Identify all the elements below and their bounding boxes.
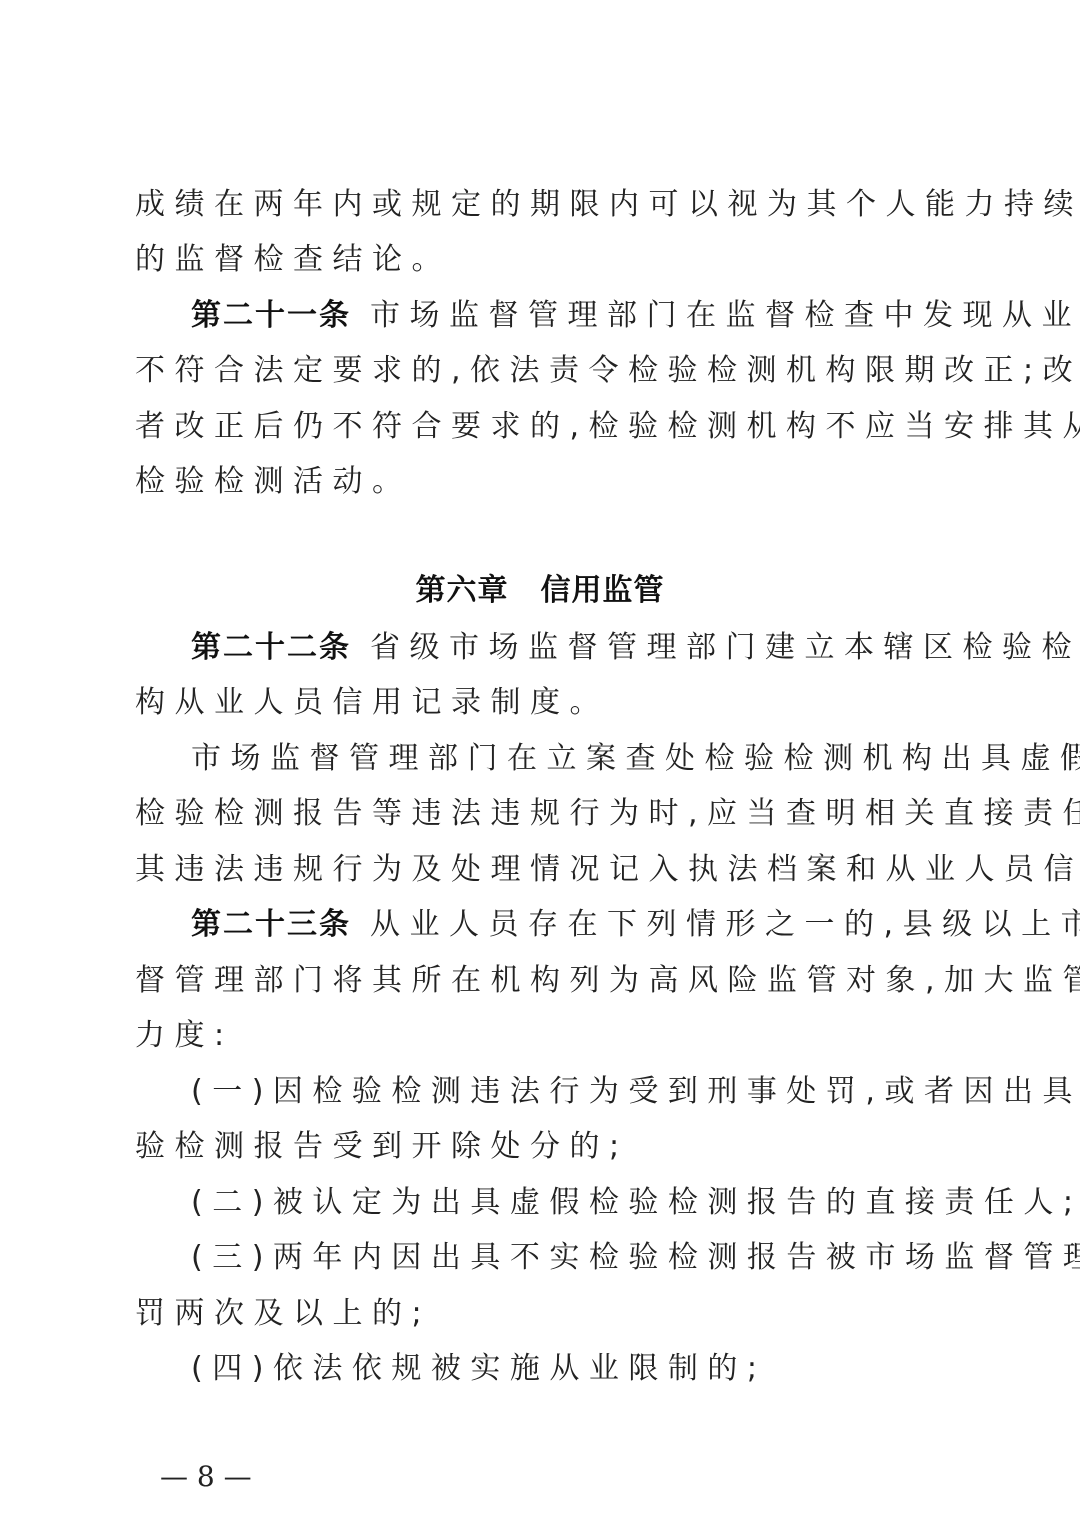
body-text-line: 督管理部门将其所在机构列为高风险监管对象,加大监管频次和: [135, 963, 945, 999]
body-text-line: 构从业人员信用记录制度。: [135, 685, 945, 721]
document-page: 成绩在两年内或规定的期限内可以视为其个人能力持续符合要求 的监督检查结论。 第二…: [0, 0, 1080, 1527]
article-21-label: 第二十一条: [191, 298, 351, 333]
chapter-heading: 第六章信用监管: [0, 573, 1080, 609]
body-text-line: 验检测报告受到开除处分的;: [135, 1129, 945, 1165]
body-text-line: 检验检测活动。: [135, 464, 945, 500]
article-21-first-line: 第二十一条 市场监督管理部门在监督检查中发现从业人员: [191, 298, 945, 334]
chapter-title: 信用监管: [541, 573, 665, 608]
body-text-line: 罚两次及以上的;: [135, 1296, 945, 1332]
body-text-line: 不符合法定要求的,依法责令检验检测机构限期改正;改正期间或: [135, 353, 945, 389]
list-item-1: (一)因检验检测违法行为受到刑事处罚,或者因出具虚假检: [191, 1074, 945, 1110]
body-text-line: 市场监督管理部门在立案查处检验检测机构出具虚假、不实: [191, 741, 945, 777]
body-text-line: 的监督检查结论。: [135, 242, 945, 278]
article-23-label: 第二十三条: [191, 907, 351, 942]
body-text-line: 检验检测报告等违法违规行为时,应当查明相关直接责任人员,将: [135, 796, 945, 832]
article-22-first-line: 第二十二条 省级市场监督管理部门建立本辖区检验检测机: [191, 630, 945, 666]
chapter-number: 第六章: [416, 573, 509, 608]
page-number: — 8 —: [160, 1461, 252, 1493]
article-22-text: 省级市场监督管理部门建立本辖区检验检测机: [370, 630, 1080, 665]
body-text-line: 成绩在两年内或规定的期限内可以视为其个人能力持续符合要求: [135, 187, 945, 223]
article-23-text: 从业人员存在下列情形之一的,县级以上市场监: [370, 907, 1080, 942]
list-item-4: (四)依法依规被实施从业限制的;: [191, 1351, 945, 1387]
body-text-line: 者改正后仍不符合要求的,检验检测机构不应当安排其从事相关: [135, 409, 945, 445]
article-21-text: 市场监督管理部门在监督检查中发现从业人员: [370, 298, 1080, 333]
list-item-3: (三)两年内因出具不实检验检测报告被市场监督管理部门处: [191, 1240, 945, 1276]
article-22-label: 第二十二条: [191, 630, 351, 665]
body-text-line: 其违法违规行为及处理情况记入执法档案和从业人员信用记录。: [135, 852, 945, 888]
body-text-line: 力度:: [135, 1018, 945, 1054]
list-item-2: (二)被认定为出具虚假检验检测报告的直接责任人;: [191, 1185, 945, 1221]
article-23-first-line: 第二十三条 从业人员存在下列情形之一的,县级以上市场监: [191, 907, 945, 943]
